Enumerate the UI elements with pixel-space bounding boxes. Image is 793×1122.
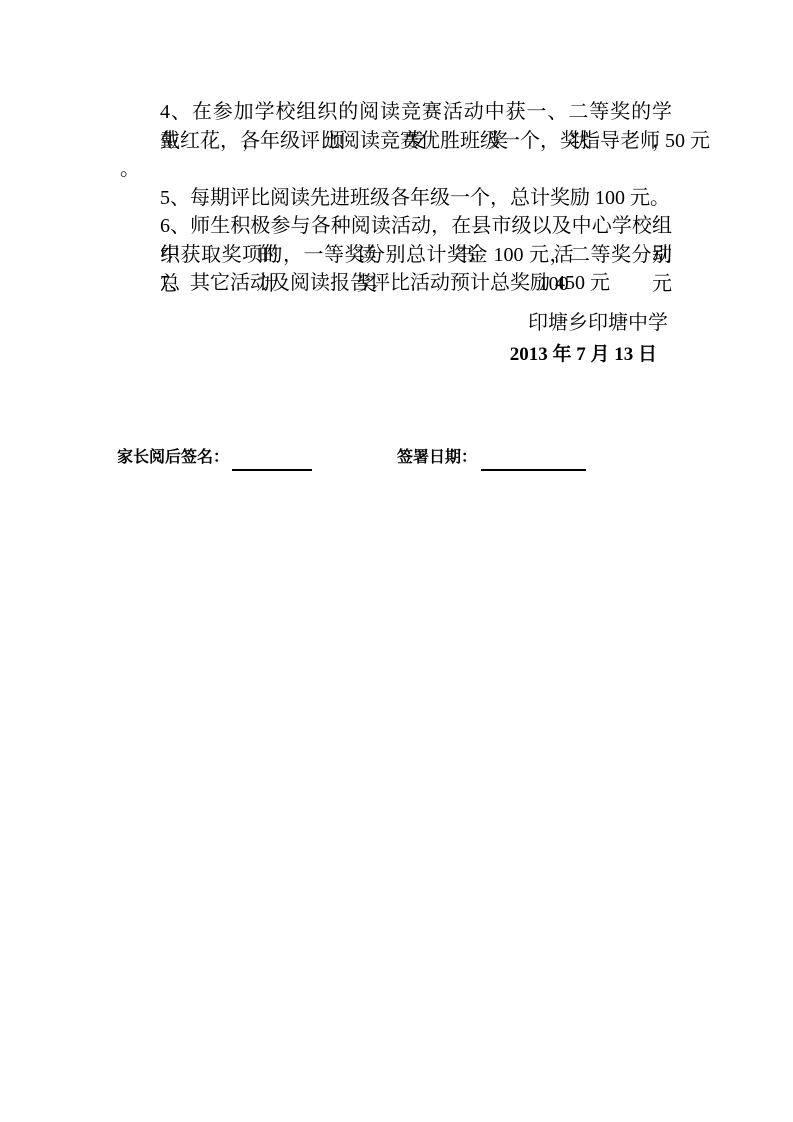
parent-signature-label: 家长阅后签名： <box>117 443 229 472</box>
signing-date-blank <box>481 449 586 471</box>
signature-row: 家长阅后签名： 签署日期： <box>117 443 673 472</box>
closing-school-name: 印塘乡印塘中学 <box>120 309 673 338</box>
signing-date-label: 签署日期： <box>397 443 477 472</box>
orphan-punctuation: 。 <box>120 155 673 184</box>
list-item-5: 5、每期评比阅读先进班级各年级一个，总计奖励 100 元。 <box>160 184 672 213</box>
closing-date: 2013 年 7 月 13 日 <box>120 340 673 369</box>
document-page: 4、在参加学校组织的阅读竞赛活动中获一、二等奖的学生，颁发奖状， 戴红花，各年级… <box>0 0 793 1122</box>
parent-signature-blank <box>232 449 312 471</box>
list-item-4-line-2: 戴红花，各年级评比阅读竞赛优胜班级一个，奖指导老师 50 元 <box>160 127 672 156</box>
list-item-7: 7、其它活动及阅读报告评比活动预计总奖励 450 元 <box>160 269 672 298</box>
